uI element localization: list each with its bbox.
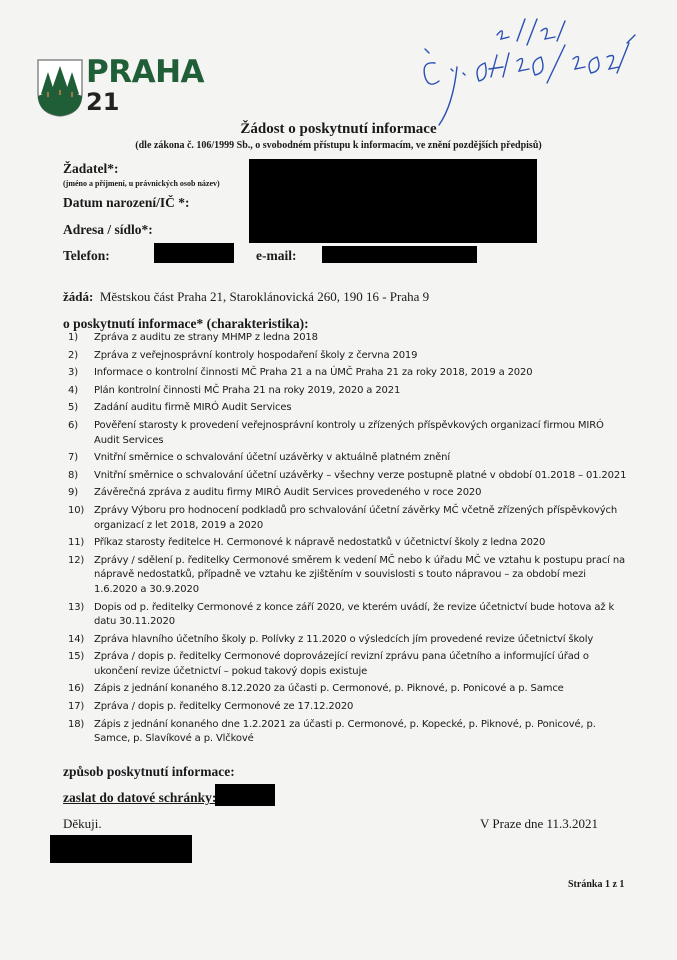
- list-item-text: Zápis z jednání konaného dne 1.2.2021 za…: [94, 718, 628, 747]
- recipient: Městskou část Praha 21, Staroklánovická …: [100, 289, 429, 304]
- document-subtitle: (dle zákona č. 106/1999 Sb., o svobodném…: [0, 140, 677, 151]
- list-item: 8)Vnitřní směrnice o schvalování účetní …: [68, 469, 628, 484]
- list-item-text: Zpráva / dopis p. ředitelky Cermonové do…: [94, 650, 628, 679]
- list-item-number: 7): [68, 451, 94, 466]
- applicant-details-redaction: [249, 159, 537, 243]
- list-item-text: Zpráva z auditu ze strany MHMP z ledna 2…: [94, 331, 628, 346]
- list-item-text: Vnitřní směrnice o schvalování účetní uz…: [94, 451, 628, 466]
- phone-redaction: [154, 243, 234, 263]
- list-item: 12)Zprávy / sdělení p. ředitelky Cermono…: [68, 554, 628, 598]
- list-item-text: Informace o kontrolní činnosti MČ Praha …: [94, 366, 628, 381]
- list-item: 16)Zápis z jednání konaného 8.12.2020 za…: [68, 682, 628, 697]
- list-item-number: 11): [68, 536, 94, 551]
- list-item: 5)Zadání auditu firmě MIRÓ Audit Service…: [68, 401, 628, 416]
- list-item-number: 12): [68, 554, 94, 598]
- applicant-hint: (jméno a příjmení, u právnických osob ná…: [63, 179, 220, 188]
- praha-21-coat-of-arms-icon: [36, 58, 84, 118]
- list-item: 15)Zpráva / dopis p. ředitelky Cermonové…: [68, 650, 628, 679]
- list-item-number: 2): [68, 349, 94, 364]
- list-item-text: Zpráva / dopis p. ředitelky Cermonové ze…: [94, 700, 628, 715]
- list-item: 7)Vnitřní směrnice o schvalování účetní …: [68, 451, 628, 466]
- list-item-number: 17): [68, 700, 94, 715]
- list-item: 14)Zpráva hlavního účetního školy p. Pol…: [68, 633, 628, 648]
- birthdate-label: Datum narození/IČ *:: [63, 195, 190, 211]
- thanks-text: Děkuji.: [63, 816, 102, 832]
- address-label: Adresa / sídlo*:: [63, 222, 153, 238]
- list-item-number: 15): [68, 650, 94, 679]
- list-item-number: 13): [68, 601, 94, 630]
- list-item-text: Příkaz starosty ředitelce H. Cermonové k…: [94, 536, 628, 551]
- email-redaction: [322, 246, 477, 263]
- list-item-number: 3): [68, 366, 94, 381]
- list-item: 17)Zpráva / dopis p. ředitelky Cermonové…: [68, 700, 628, 715]
- email-label: e-mail:: [256, 248, 296, 264]
- list-item-number: 14): [68, 633, 94, 648]
- place-date: V Praze dne 11.3.2021: [480, 816, 598, 832]
- list-item: 13)Dopis od p. ředitelky Cermonové z kon…: [68, 601, 628, 630]
- list-item: 2)Zpráva z veřejnosprávní kontroly hospo…: [68, 349, 628, 364]
- logo-name: PRAHA: [86, 54, 204, 90]
- phone-label: Telefon:: [63, 248, 110, 264]
- list-item-text: Dopis od p. ředitelky Cermonové z konce …: [94, 601, 628, 630]
- list-item-text: Pověření starosty k provedení veřejnospr…: [94, 419, 628, 448]
- list-item-number: 5): [68, 401, 94, 416]
- list-item-text: Zpráva z veřejnosprávní kontroly hospoda…: [94, 349, 628, 364]
- list-item: 1)Zpráva z auditu ze strany MHMP z ledna…: [68, 331, 628, 346]
- requests-label: žádá:: [63, 289, 93, 304]
- list-item-number: 8): [68, 469, 94, 484]
- list-item-number: 18): [68, 718, 94, 747]
- request-line: žádá: Městskou část Praha 21, Starokláno…: [63, 289, 429, 305]
- list-item-number: 16): [68, 682, 94, 697]
- list-item-number: 9): [68, 486, 94, 501]
- list-item-text: Zpráva hlavního účetního školy p. Polívk…: [94, 633, 628, 648]
- list-item-text: Závěrečná zpráva z auditu firmy MIRÓ Aud…: [94, 486, 628, 501]
- info-label: o poskytnutí informace* (charakteristika…: [63, 316, 309, 332]
- delivery-method-label: způsob poskytnutí informace:: [63, 764, 235, 780]
- signature-redaction: [50, 835, 192, 863]
- list-item-text: Plán kontrolní činnosti MČ Praha 21 na r…: [94, 384, 628, 399]
- list-item: 9)Závěrečná zpráva z auditu firmy MIRÓ A…: [68, 486, 628, 501]
- page-indicator: Stránka 1 z 1: [568, 879, 624, 890]
- list-item: 4)Plán kontrolní činnosti MČ Praha 21 na…: [68, 384, 628, 399]
- databox-redaction: [215, 784, 275, 806]
- list-item: 11)Příkaz starosty ředitelce H. Cermonov…: [68, 536, 628, 551]
- list-item-text: Zápis z jednání konaného 8.12.2020 za úč…: [94, 682, 628, 697]
- list-item-number: 4): [68, 384, 94, 399]
- list-item-number: 1): [68, 331, 94, 346]
- list-item: 3)Informace o kontrolní činnosti MČ Prah…: [68, 366, 628, 381]
- list-item-text: Zprávy / sdělení p. ředitelky Cermonové …: [94, 554, 628, 598]
- databox-label: zaslat do datové schránky:: [63, 790, 216, 806]
- list-item: 10)Zprávy Výboru pro hodnocení podkladů …: [68, 504, 628, 533]
- list-item-text: Zadání auditu firmě MIRÓ Audit Services: [94, 401, 628, 416]
- list-item-text: Zprávy Výboru pro hodnocení podkladů pro…: [94, 504, 628, 533]
- list-item-number: 10): [68, 504, 94, 533]
- list-item: 6)Pověření starosty k provedení veřejnos…: [68, 419, 628, 448]
- list-item-number: 6): [68, 419, 94, 448]
- document-title: Žádost o poskytnutí informace: [0, 121, 677, 138]
- requested-items-list: 1)Zpráva z auditu ze strany MHMP z ledna…: [68, 331, 628, 750]
- list-item: 18)Zápis z jednání konaného dne 1.2.2021…: [68, 718, 628, 747]
- handwritten-reference-number: [405, 5, 665, 135]
- logo-number: 21: [86, 88, 119, 116]
- applicant-label: Žadatel*:: [63, 161, 119, 177]
- list-item-text: Vnitřní směrnice o schvalování účetní uz…: [94, 469, 628, 484]
